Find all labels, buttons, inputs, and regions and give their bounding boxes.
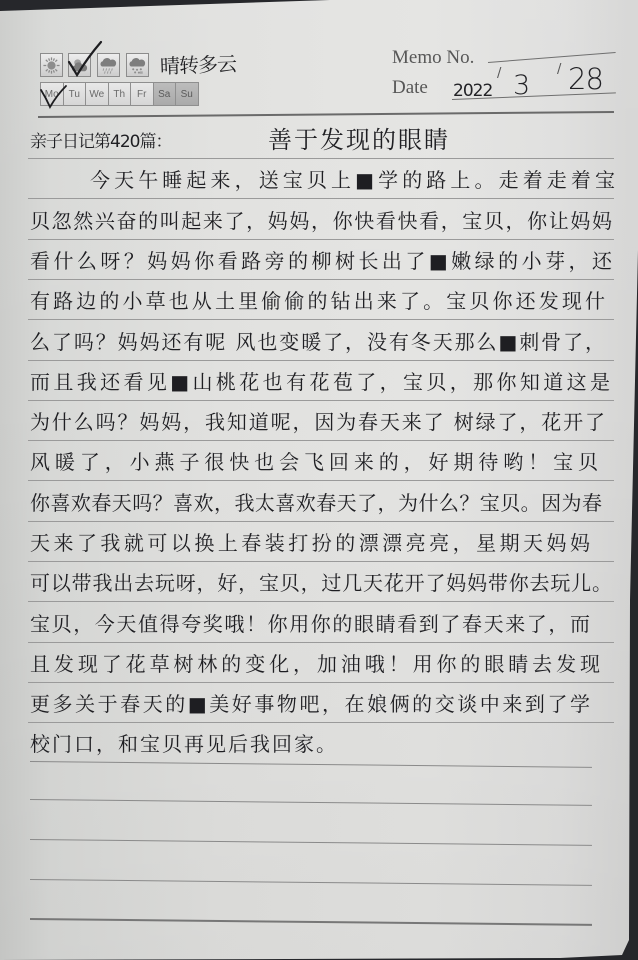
ruled-line (30, 761, 592, 768)
ruled-line (28, 601, 614, 602)
weather-option-sunny (40, 53, 63, 77)
rain-cloud-icon (99, 56, 118, 75)
text-line: 且发现了花草树林的变化，加油哦！用你的眼睛去发现 (30, 648, 600, 680)
memo-no-label: Memo No. (392, 48, 474, 68)
weather-option-rain (97, 53, 120, 77)
text-line: 今天午睡起来，送宝贝上■学的路上。走着走着宝 (90, 164, 615, 196)
day-th: Th (109, 83, 132, 105)
ruled-line (28, 722, 614, 723)
day-of-week-selector: Mo Tu We Th Fr Sa Su (40, 82, 199, 106)
entry-title: 善于发现的眼睛 (268, 124, 450, 156)
date-day: 28 (568, 62, 603, 96)
text-line: 校门口，和宝贝再见后我回家。 (30, 728, 350, 760)
text-line: 看什么呀？妈妈你看路旁的柳树长出了■嫩绿的小芽，还 (30, 245, 612, 277)
text-line: 更多关于春天的■美好事物吧，在娘俩的交谈中来到了学 (30, 688, 590, 720)
day-we: We (86, 83, 109, 105)
weather-option-snow (126, 53, 149, 77)
text-line: 为什么吗？妈妈，我知道呢，因为春天来了 树绿了，花开了 (30, 406, 605, 438)
text-line: 而且我还看见■山桃花也有花苞了，宝贝，那你知道这是 (30, 366, 610, 398)
text-line: 宝贝，今天值得夸奖哦！你用你的眼睛看到了春天来了，而 (30, 608, 590, 640)
ruled-line (30, 799, 592, 806)
text-line: 风暖了，小燕子很快也会飞回来的，好期待哟！宝贝 (30, 446, 598, 478)
check-marks (0, 0, 638, 140)
ruled-line (28, 158, 614, 159)
text-line: 贝忽然兴奋的叫起来了，妈妈，你快看快看，宝贝，你让妈妈 (30, 205, 612, 237)
entry-heading: 亲子日记第420篇： (30, 127, 171, 157)
day-mo: Mo (41, 83, 64, 105)
ruled-line (30, 918, 592, 925)
ruled-line (28, 279, 614, 280)
ruled-line (28, 682, 614, 683)
ruled-line (28, 400, 614, 401)
ruled-line (28, 480, 614, 481)
text-line: 有路边的小草也从土里偷偷的钻出来了。宝贝你还发现什 (30, 285, 605, 317)
ruled-line (30, 839, 592, 846)
ruled-line (28, 198, 614, 199)
text-line: 么了吗？妈妈还有呢 风也变暖了，没有冬天那么■刺骨了， (30, 326, 605, 358)
weather-option-partly-cloudy (68, 53, 91, 77)
memo-page: 晴转多云 Mo Tu We Th Fr Sa Su Memo No. Date … (0, 0, 638, 960)
weather-note: 晴转多云 (160, 50, 237, 81)
date-separator: / (497, 66, 501, 82)
text-line: 天来了我就可以换上春装打扮的漂漂亮亮，星期天妈妈 (30, 527, 590, 559)
partly-cloudy-icon (70, 56, 89, 75)
ruled-line (28, 360, 614, 361)
ruled-line (28, 239, 614, 240)
day-tu: Tu (64, 83, 87, 105)
text-line: 可以带我出去玩呀，好，宝贝，过几天花开了妈妈带你去玩儿。 (30, 567, 612, 599)
ruled-line (28, 521, 614, 522)
text-line: 你喜欢春天吗？喜欢，我太喜欢春天了，为什么？宝贝。因为春 (30, 487, 602, 519)
ruled-line (28, 642, 614, 643)
day-su: Su (176, 83, 199, 105)
ruled-line (28, 319, 614, 320)
date-month: 3 (513, 70, 530, 102)
ruled-line (30, 879, 592, 886)
sun-icon (42, 56, 61, 75)
date-label: Date (392, 78, 428, 98)
date-year: 2022 (453, 80, 492, 102)
snow-cloud-icon (128, 56, 147, 75)
day-fr: Fr (131, 83, 154, 105)
ruled-line (28, 440, 614, 441)
date-separator: / (557, 62, 561, 78)
ruled-line (28, 561, 614, 562)
header-divider (38, 111, 614, 118)
day-sa: Sa (154, 83, 177, 105)
